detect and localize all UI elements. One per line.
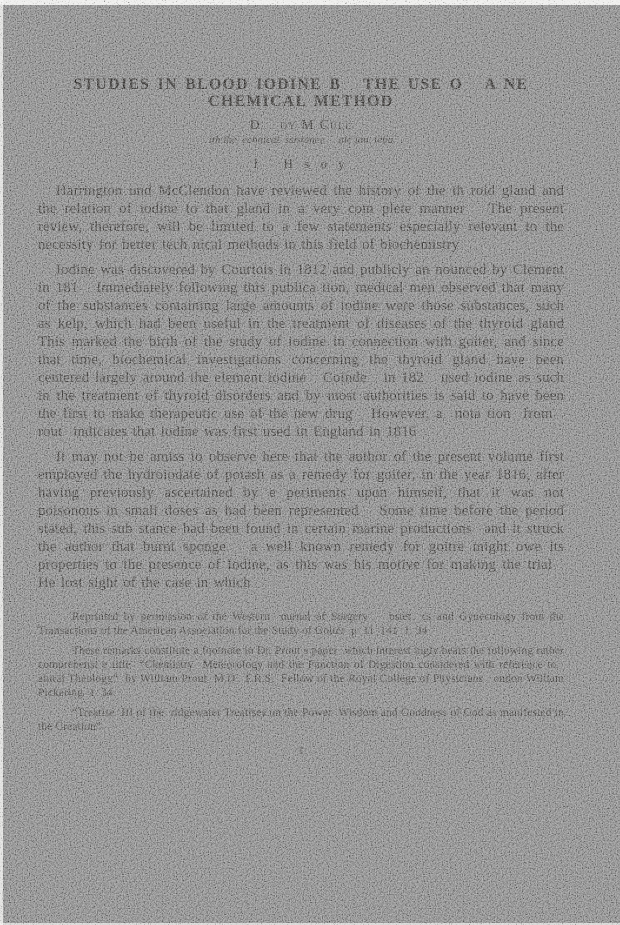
- footnotes: Reprinted by permission of the Western o…: [38, 610, 564, 734]
- footnote-2: These remarks constitute a footnote in D…: [38, 644, 564, 700]
- paper-title-line-2: CHEMICAL METHOD: [38, 93, 564, 110]
- page-number: 1: [38, 743, 564, 758]
- paragraph-2: Iodine was discovered by Courtois in 181…: [38, 261, 564, 441]
- author-byline: D oy M Cull: [38, 117, 564, 133]
- body-text: Harrington und McClendon have reviewed t…: [38, 182, 564, 592]
- page-content: STUDIES IN BLOOD IODINE B THE USE O A NE…: [0, 0, 620, 925]
- paragraph-1: Harrington und McClendon have reviewed t…: [38, 182, 564, 254]
- paragraph-3: It may not be amiss to observe here that…: [38, 448, 564, 592]
- section-heading-history: I H s o y: [38, 156, 564, 171]
- footnote-3: “Treatise III of the ridgewater Treatise…: [38, 706, 564, 734]
- paper-title-line-1: STUDIES IN BLOOD IODINE B THE USE O A NE: [38, 76, 564, 93]
- footnote-1: Reprinted by permission of the Western o…: [38, 610, 564, 638]
- byline-assistance-note: ith the echnical ssistance ale ian ieba: [38, 134, 564, 147]
- scanned-paper-page: STUDIES IN BLOOD IODINE B THE USE O A NE…: [0, 0, 620, 925]
